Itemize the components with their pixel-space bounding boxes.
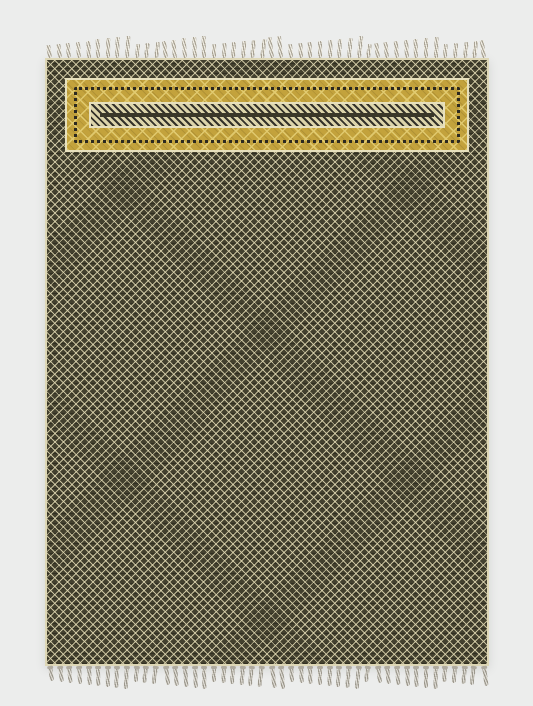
tassel xyxy=(222,43,226,58)
tassel xyxy=(288,44,293,58)
tassel xyxy=(289,666,294,682)
tassel xyxy=(231,42,236,58)
tassel xyxy=(56,44,62,58)
tassel xyxy=(133,666,138,682)
tassel xyxy=(106,666,110,687)
tassel xyxy=(212,44,216,58)
tassel xyxy=(472,41,478,58)
tassel xyxy=(76,42,81,59)
tassel xyxy=(433,666,438,689)
outer-border-band: Indian Rug Store xyxy=(47,60,487,664)
tassel xyxy=(250,40,256,59)
tassel xyxy=(336,666,341,687)
tassel xyxy=(443,44,448,58)
tassel xyxy=(46,45,52,58)
tassel xyxy=(182,38,187,58)
tassel xyxy=(77,666,82,684)
tassel xyxy=(144,43,150,58)
tassel xyxy=(404,40,409,58)
tassel xyxy=(125,36,130,58)
tassel xyxy=(115,37,120,58)
tassel xyxy=(106,38,110,58)
tassel xyxy=(298,43,303,58)
tassel xyxy=(424,38,428,58)
tassel xyxy=(164,666,170,685)
tassel xyxy=(354,666,360,689)
tassel xyxy=(442,666,447,682)
outer-cream-pinstripe: Indian Rug Store xyxy=(65,78,469,152)
tassel xyxy=(241,41,246,59)
tassel xyxy=(86,40,91,58)
tassel xyxy=(345,666,351,688)
fringe-top xyxy=(45,33,489,58)
tassel xyxy=(248,666,254,686)
mustard-border-band: Indian Rug Store xyxy=(67,80,467,150)
tassel xyxy=(115,666,120,688)
tassel xyxy=(376,666,382,683)
tassel xyxy=(405,666,410,686)
tassel xyxy=(96,39,100,58)
tassel xyxy=(327,666,332,686)
inner-cream-pinstripe: Indian Rug Store xyxy=(89,102,445,128)
tassel xyxy=(192,37,197,58)
inner-dark-pinstripe: Indian Rug Store xyxy=(100,113,434,117)
tassel xyxy=(162,40,168,58)
tassel xyxy=(470,666,476,685)
tassel xyxy=(414,666,418,687)
tassel xyxy=(96,666,100,686)
tassel xyxy=(172,39,178,58)
tassel xyxy=(482,666,488,686)
tassel xyxy=(366,44,372,58)
tassel xyxy=(357,36,363,58)
tassel xyxy=(414,39,418,58)
tassel xyxy=(260,38,267,58)
tassel xyxy=(66,43,71,58)
tassel xyxy=(257,666,264,687)
tassel xyxy=(452,666,457,683)
tassel xyxy=(385,666,391,684)
rug-body: Indian Rug Store xyxy=(45,58,489,666)
chain-border-band: Indian Rug Store xyxy=(91,104,443,126)
tassel xyxy=(347,37,353,58)
tassel xyxy=(337,39,342,59)
tassel xyxy=(48,666,54,681)
tassel xyxy=(394,41,399,58)
tassel xyxy=(135,44,140,58)
tassel xyxy=(193,666,198,688)
tassel xyxy=(143,666,149,683)
tassel xyxy=(124,666,129,689)
tassel xyxy=(230,666,235,684)
tassel xyxy=(424,666,428,688)
tassel xyxy=(308,666,312,684)
tassel xyxy=(183,666,188,687)
tassel xyxy=(461,666,467,684)
tassel xyxy=(67,666,72,683)
tassel xyxy=(384,42,390,58)
tassel xyxy=(173,666,179,686)
tassel xyxy=(453,43,458,58)
tassel xyxy=(221,666,226,683)
tassel xyxy=(202,36,206,58)
tassel xyxy=(212,666,216,682)
tassel xyxy=(434,36,439,58)
tassel xyxy=(318,666,322,685)
tassel xyxy=(279,666,285,689)
fringe-bottom xyxy=(45,666,489,693)
tassel xyxy=(328,40,333,58)
tassel xyxy=(463,42,469,58)
tassel xyxy=(318,41,322,58)
tassel xyxy=(395,666,400,685)
tassel xyxy=(277,36,283,58)
tassel xyxy=(239,666,245,685)
tassel xyxy=(480,40,486,58)
tassel xyxy=(270,666,277,688)
tassel xyxy=(364,666,370,682)
product-photo-canvas: Indian Rug Store xyxy=(0,0,533,706)
tassel xyxy=(154,42,160,59)
rug: Indian Rug Store xyxy=(45,33,489,693)
tassel xyxy=(299,666,304,683)
tassel xyxy=(267,37,273,58)
tassel xyxy=(374,43,380,58)
tassel xyxy=(58,666,64,682)
tassel xyxy=(308,42,312,58)
tassel xyxy=(152,666,158,684)
tassel xyxy=(202,666,206,689)
tassel xyxy=(87,666,92,685)
